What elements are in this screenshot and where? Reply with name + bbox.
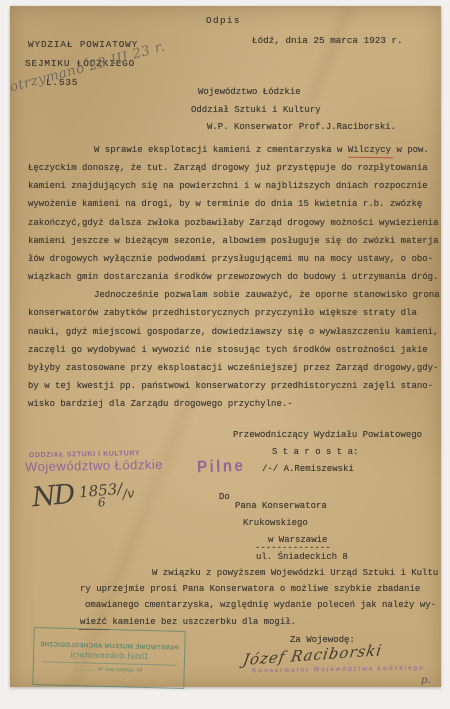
closing-line: wieźć kamienie bez uszczerbku dla mogił. [80,617,296,627]
body-line: kamieni znajdujących się na powierzchni … [28,177,444,195]
urgent-stamp: Pilne [197,456,246,477]
body-line: zaczęli go wydobywać i wywozić nie stosu… [28,341,444,359]
body-line: konserwatorów zabytków przedhistorycznyc… [28,304,444,322]
body-line: wiązkach gmin dostarczania środków przew… [28,268,444,286]
recipient-line-2: Oddział Sztuki i Kultury [191,105,321,115]
date-line: Łódź, dnia 25 marca 1923 r. [252,35,403,46]
address-line: Krukowskiego [243,518,308,528]
address-line: ul. Śniadeckich 8 [256,552,348,562]
body-line: Jednocześnie pozwalam sobie zauważyć, że… [28,286,444,304]
closing-line: omawianego cmentarzyska, względnię wydan… [85,600,436,610]
body-line: łów drogowych wyłącznie podwodami przysł… [28,250,444,268]
body-text: W sprawie eksplotacji kamieni z cmentarz… [28,141,444,413]
closing-line: W związku z powyższem Wojewódzki Urząd S… [152,568,438,578]
body-line: wisko bardziej dla Zarządu drogowego prz… [28,395,444,413]
signatory-title: Przewodniczący Wydziału Powiatowego [233,430,422,440]
body-line: byłyby zastosowane przy eksploatacji wcz… [28,359,444,377]
copy-label: Odpis [206,15,241,26]
signatory-role: S t a r o s t a: [272,447,358,457]
address-line: Pana Konserwatora [235,501,327,511]
corner-mark: p. [421,675,431,686]
signatory-name: /-/ A.Remiszewski [262,464,354,474]
recipient-line-3: W.P. Konserwator Prof.J.Raciborski. [207,122,396,132]
recipient-line-1: Województwo Łódzkie [198,87,301,97]
body-line: nauki, gdyż miejscowi gospodarze, dowied… [28,323,444,341]
address-to: Do [219,492,230,502]
stamp-museum-mirrored: PAŃSTWOWE MUZEUM ARCHEOLOGICZNE Dział do… [32,627,185,689]
museum-stamp-line3: Nr. wpływu por. Nr ............. [34,665,184,675]
body-line: by w tej kwestji pp. państwowi konserwat… [28,377,444,395]
body-line: kamieni jeszcze w bieżącym sezonie, albo… [28,232,444,250]
office-stamp-line2: Województwo Łódzkie [25,457,163,474]
registry-suffix: /v [122,487,135,503]
office-stamp: ODDZIAŁ SZTUKI I KULTURY Województwo Łód… [25,450,163,474]
closing-line: ry uprzejmie prosi Pana Konserwatora o m… [80,584,420,594]
body-line: Łęczyckim donoszę, że tut. Zarząd drogow… [28,159,444,177]
body-line: wywożenie kamieni na drogi, by w termini… [28,195,444,213]
scanned-document: Odpis WYDZIAŁ POWIATOWY SEJMIKU ŁÓDZKIEG… [0,0,450,709]
body-line: zakończyć,gdyż dalsza zwłoka pozbawiłaby… [28,214,444,232]
registry-prefix: ND [31,479,75,513]
